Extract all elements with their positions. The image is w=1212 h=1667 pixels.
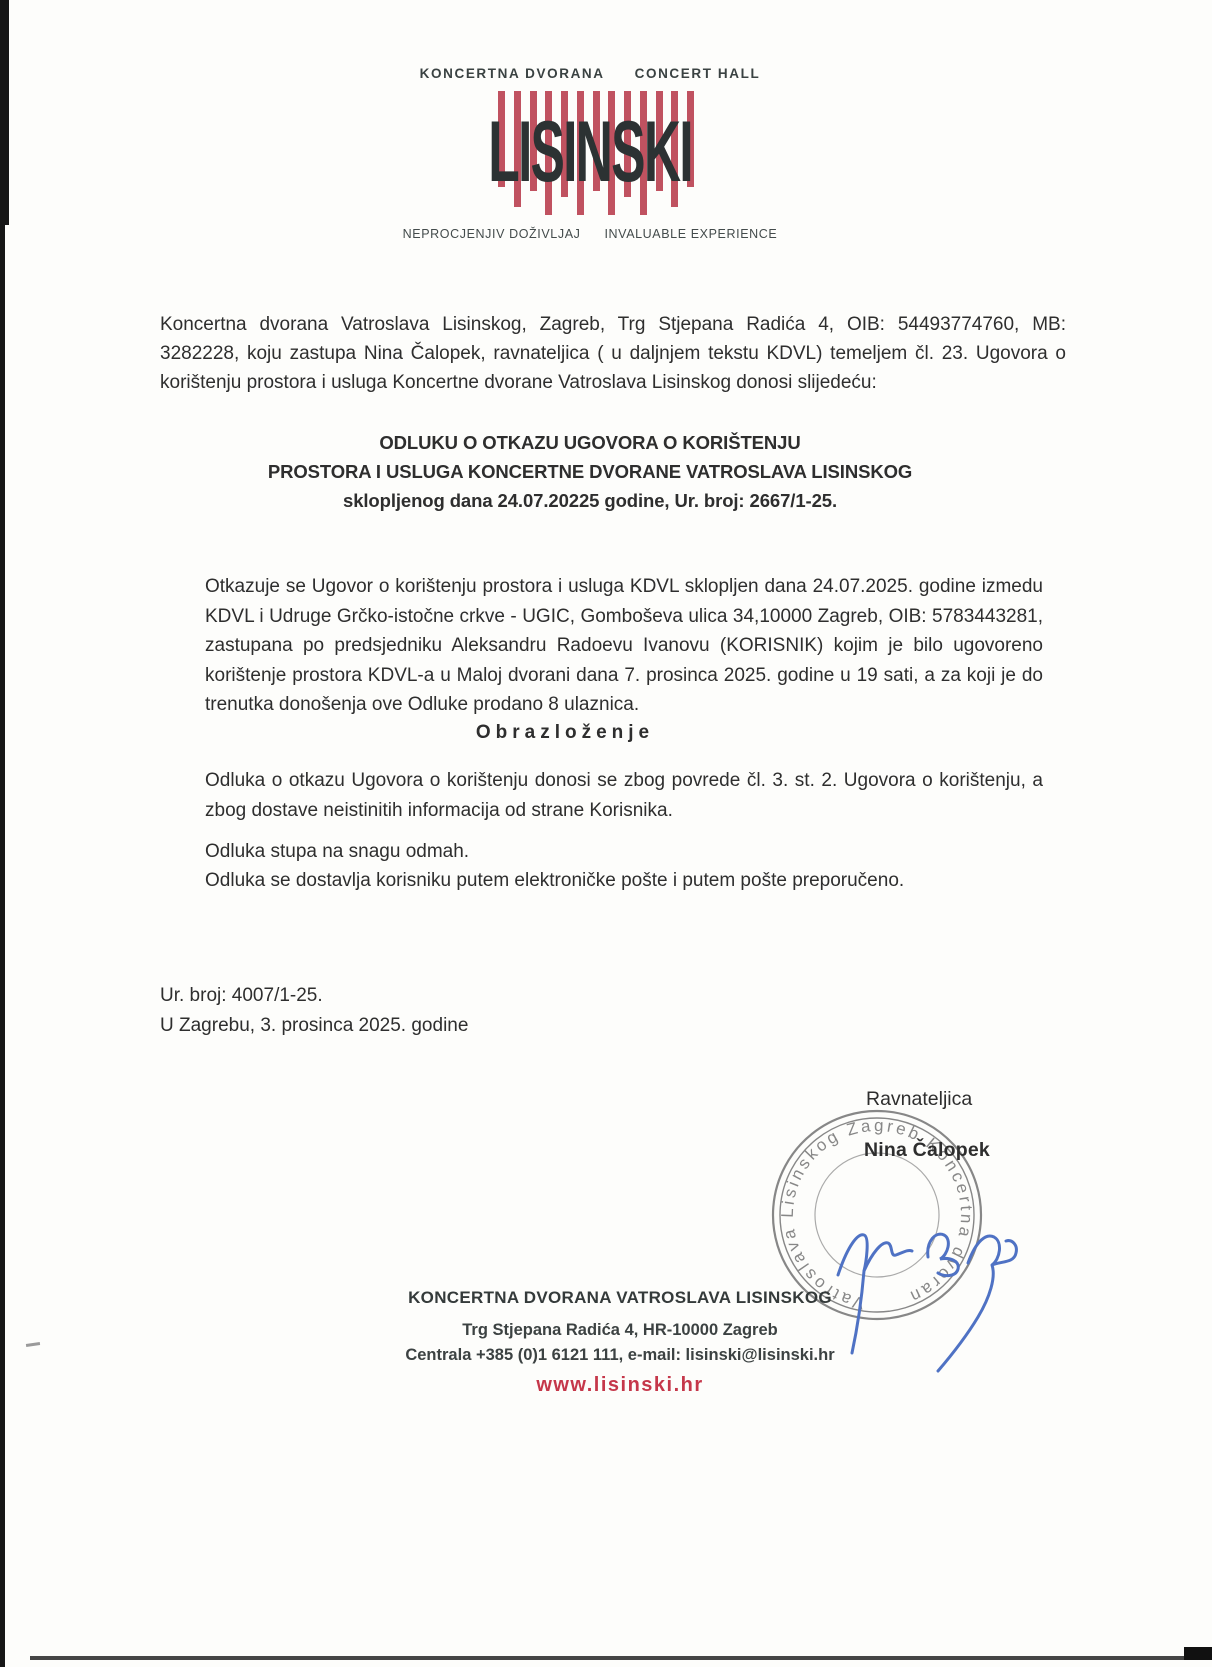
scan-edge-bottom <box>30 1656 1212 1660</box>
logo-wordmark: LISINSKI <box>488 109 691 195</box>
reference-block: Ur. broj: 4007/1-25. U Zagrebu, 3. prosi… <box>160 981 468 1041</box>
logo-topline: KONCERTNA DVORANACONCERT HALL <box>0 66 1180 81</box>
decision-title-line1: ODLUKU O OTKAZU UGOVORA O KORIŠTENJU <box>140 428 1040 457</box>
footer-organization: KONCERTNA DVORANA VATROSLAVA LISINSKOG <box>110 1288 1130 1308</box>
intro-paragraph: Koncertna dvorana Vatroslava Lisinskog, … <box>160 310 1066 397</box>
logo-tagline-en: INVALUABLE EXPERIENCE <box>604 227 777 241</box>
scanned-document-page: KONCERTNA DVORANACONCERT HALL LISINSKI N… <box>0 0 1212 1667</box>
scan-edge-corner <box>1184 1647 1212 1660</box>
lisinski-logo: LISINSKI <box>472 91 708 219</box>
footer: KONCERTNA DVORANA VATROSLAVA LISINSKOG T… <box>110 1288 1130 1397</box>
ur-broj: Ur. broj: 4007/1-25. <box>160 981 468 1011</box>
place-date: U Zagrebu, 3. prosinca 2025. godine <box>160 1011 468 1041</box>
logo-topline-hr: KONCERTNA DVORANA <box>420 66 605 81</box>
signatory-name: Nina Čalopek <box>864 1139 990 1162</box>
footer-website-link: www.lisinski.hr <box>110 1374 1130 1397</box>
lisinski-letterhead: KONCERTNA DVORANACONCERT HALL LISINSKI N… <box>0 66 1180 241</box>
pencil-mark <box>26 1342 40 1347</box>
scan-edge-left <box>0 0 5 1667</box>
line-delivery: Odluka se dostavlja korisniku putem elek… <box>205 870 904 892</box>
decision-title: ODLUKU O OTKAZU UGOVORA O KORIŠTENJU PRO… <box>140 428 1040 515</box>
footer-contact: Centrala +385 (0)1 6121 111, e-mail: lis… <box>110 1346 1130 1365</box>
logo-tagline: NEPROCJENJIV DOŽIVLJAJINVALUABLE EXPERIE… <box>0 227 1180 241</box>
section-heading-obrazlozenje: Obrazloženje <box>140 722 990 744</box>
logo-tagline-hr: NEPROCJENJIV DOŽIVLJAJ <box>403 227 581 241</box>
logo-topline-en: CONCERT HALL <box>635 66 761 81</box>
footer-address: Trg Stjepana Radića 4, HR-10000 Zagreb <box>110 1321 1130 1340</box>
decision-title-line3: sklopljenog dana 24.07.20225 godine, Ur.… <box>140 486 1040 515</box>
line-effective: Odluka stupa na snagu odmah. <box>205 841 469 863</box>
decision-title-line2: PROSTORA I USLUGA KONCERTNE DVORANE VATR… <box>140 457 1040 486</box>
signatory-role: Ravnateljica <box>866 1088 972 1111</box>
body-paragraph-1: Otkazuje se Ugovor o korištenju prostora… <box>205 572 1043 720</box>
body-paragraph-2: Odluka o otkazu Ugovora o korištenju don… <box>205 766 1043 826</box>
